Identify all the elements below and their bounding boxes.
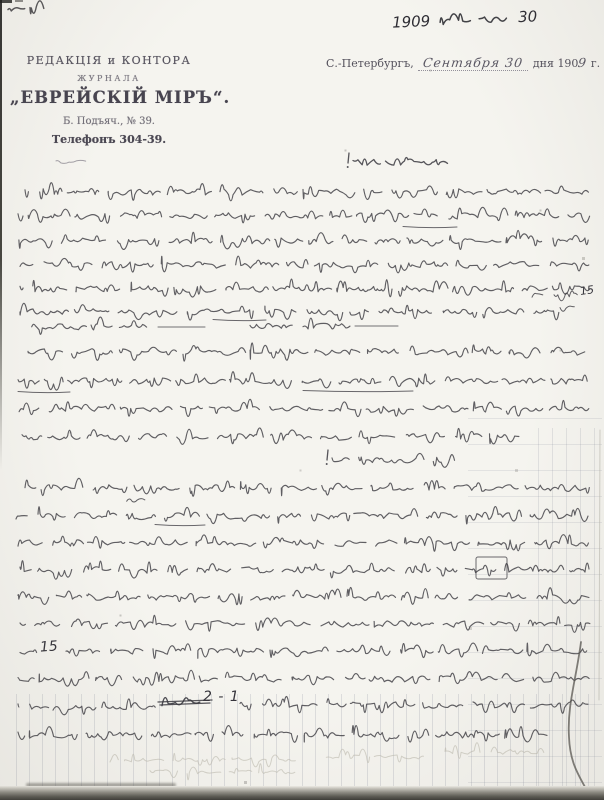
handwritten-line [20,256,589,273]
scan-edge-bottom [0,786,604,800]
exclamation-stroke [327,450,328,460]
scan-edge-top-mark [0,0,12,3]
annotation-word-stroke [440,12,507,25]
body-number-1-2: 2 - 1 [203,689,240,705]
handwritten-line [250,318,350,329]
letterhead-organization: РЕДАКЦІЯ и КОНТОРА [10,54,208,67]
insertion-stroke [56,160,86,163]
handwritten-line [19,399,589,416]
letter-page: РЕДАКЦІЯ и КОНТОРА ЖУРНАЛА „ЕВРЕЙСКІЙ МІ… [0,0,604,800]
underline-stroke [403,227,457,228]
dateline-fill-in: Сентября 30 [418,55,528,71]
dateline-day-word: дня [533,57,554,70]
handwritten-line [28,343,585,361]
underline-stroke [213,320,266,321]
letterhead-journal-name: „ЕВРЕЙСКІЙ МІРЪ“. [10,88,208,107]
dateline: С.-Петербургъ, Сентября 30 дня 1909 г. [326,55,602,71]
handwritten-line [20,279,590,297]
handwritten-line [332,453,455,467]
handwritten-line [22,428,519,444]
dateline-year-printed: 190 [557,57,578,70]
dateline-city: С.-Петербургъ, [326,57,414,70]
handwritten-line [32,317,147,334]
handwritten-line [25,183,588,201]
annotation-day: 30 [518,7,538,26]
underline-stroke [155,525,205,526]
handwritten-line [20,303,559,320]
insertion-stroke [532,291,577,301]
underline-stroke [18,392,70,393]
letterhead: РЕДАКЦІЯ и КОНТОРА ЖУРНАЛА „ЕВРЕЙСКІЙ МІ… [10,54,208,146]
handwritten-line [18,207,590,223]
ruled-paper-showthrough-bottom [16,694,598,787]
exclamation-dot [326,463,328,465]
salutation-line [353,158,448,166]
handwritten-line [18,372,587,390]
annotation-yiddish-month-stroke [437,5,512,32]
body-number-15: 15 [39,638,58,655]
handwritten-line [20,650,37,654]
scan-edge-left [0,0,2,470]
scan-edge-top-mark2 [15,0,23,2]
letterhead-address: Б. Подъяч., № 39. [10,116,208,127]
underline-stroke [303,391,413,392]
dateline-year-digit-handwritten: 9 [578,55,589,70]
dateline-month-day-handwritten: Сентября 30 [422,55,524,70]
insertion-stroke [560,306,574,311]
insertion-stroke [8,8,25,11]
archival-annotation: 1909 30 [392,1,604,34]
dateline-era: г. [591,57,600,70]
annotation-year: 1909 [392,12,431,32]
letterhead-journal-word: ЖУРНАЛА [10,74,208,83]
insertion-stroke [127,499,145,502]
handwritten-line [19,231,588,250]
margin-number-15: 15 [579,283,595,298]
letterhead-phone: Телефонъ 304-39. [10,133,208,146]
exclamation-dot [347,166,349,168]
insertion-stroke [30,1,44,14]
exclamation-stroke [348,153,349,163]
